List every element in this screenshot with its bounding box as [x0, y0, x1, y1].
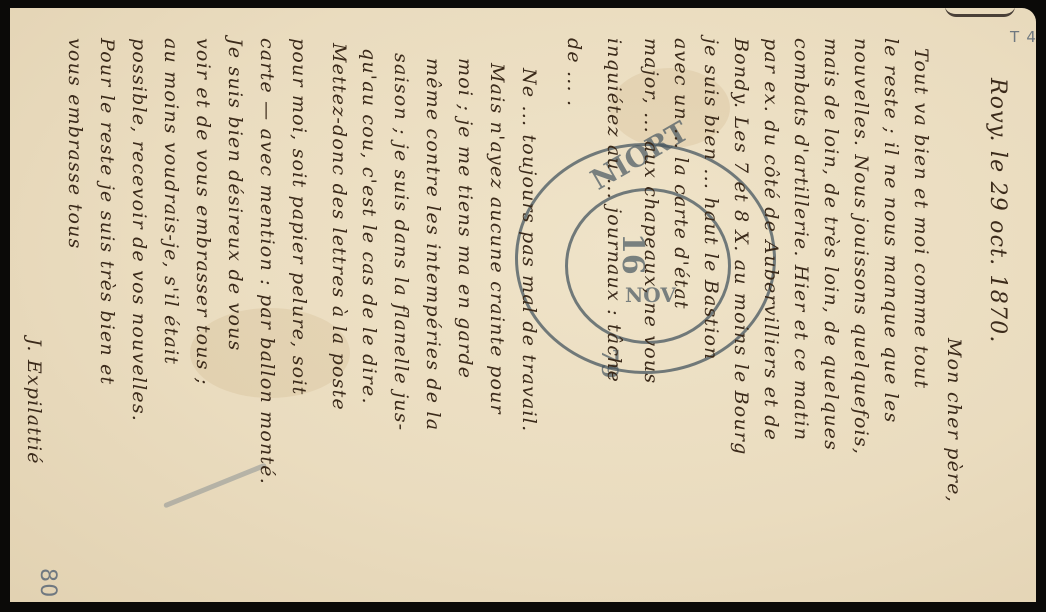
letter-line: Pour le reste je suis très bien et [96, 38, 118, 385]
letter-line: au moins voudrais-je, s'il était [160, 38, 182, 365]
letter-line: même contre les intempéries de la [422, 58, 444, 431]
letter-line: mais de loin, de très loin, de quelques [820, 38, 842, 451]
letter-line: par ex. du côté de Aubervilliers et de [760, 38, 782, 441]
letter-line: Bondy. Les 7 et 8 X. au moins le Bourg [730, 38, 752, 456]
letter-line: moi ; je me tiens ma en garde [454, 58, 476, 379]
letter-line: Mettez-donc des lettres à la poste [328, 43, 350, 411]
letter-line: nouvelles. Nous jouissons quelquefois, [850, 38, 872, 455]
letter-line: combats d'artillerie. Hier et ce matin [790, 38, 812, 441]
letter-line: possible, recevoir de vos nouvelles. [128, 38, 150, 422]
letter-line: Mais n'ayez aucune crainte pour [486, 63, 508, 415]
letter-salutation: Mon cher père, [943, 338, 965, 503]
letter-line: je suis bien ... haut le Bastion [700, 38, 722, 361]
letter-signature: J. Expilattié [23, 338, 45, 465]
letter-line: inquiétez au ... journaux : tâche [603, 38, 625, 383]
letter-line: avec un ... la carte d'état [670, 38, 692, 310]
letter-date-line: Rovy. le 29 oct. 1870. [985, 78, 1010, 344]
letter-line: de ... . [563, 38, 585, 107]
letter-line: vous embrasse tous [64, 38, 86, 249]
letter-line: Je suis bien désireux de vous [224, 38, 246, 351]
top-edge-mark [945, 8, 1015, 17]
letter-line: Tout va bien et moi comme tout [910, 48, 932, 389]
letter-line: qu'au cou, c'est le cas de le dire. [358, 48, 380, 405]
letter-line: Ne ... toujours pas mal de travail. [518, 68, 540, 432]
letter-line: pour moi, soit papier pelure, soit [288, 38, 310, 395]
letter-line: le reste ; il ne nous manque que les [880, 38, 902, 423]
pencil-streak [163, 463, 267, 509]
archive-mark-bottom: 80 [35, 568, 60, 598]
letter-line: voir et de vous embrasser tous ; [192, 38, 214, 386]
letter-line: saison ; je suis dans la flanelle jus- [390, 53, 412, 431]
letter-line: major, ... aux chapeaux, ne vous [640, 38, 662, 384]
archive-mark-top: T 48/2 [1010, 28, 1036, 46]
postcard: T 48/2 80 NIORT 16 NOV 79 Rovy. le 29 oc… [10, 8, 1036, 602]
letter-line: carte — avec mention : par ballon monté. [256, 38, 278, 485]
